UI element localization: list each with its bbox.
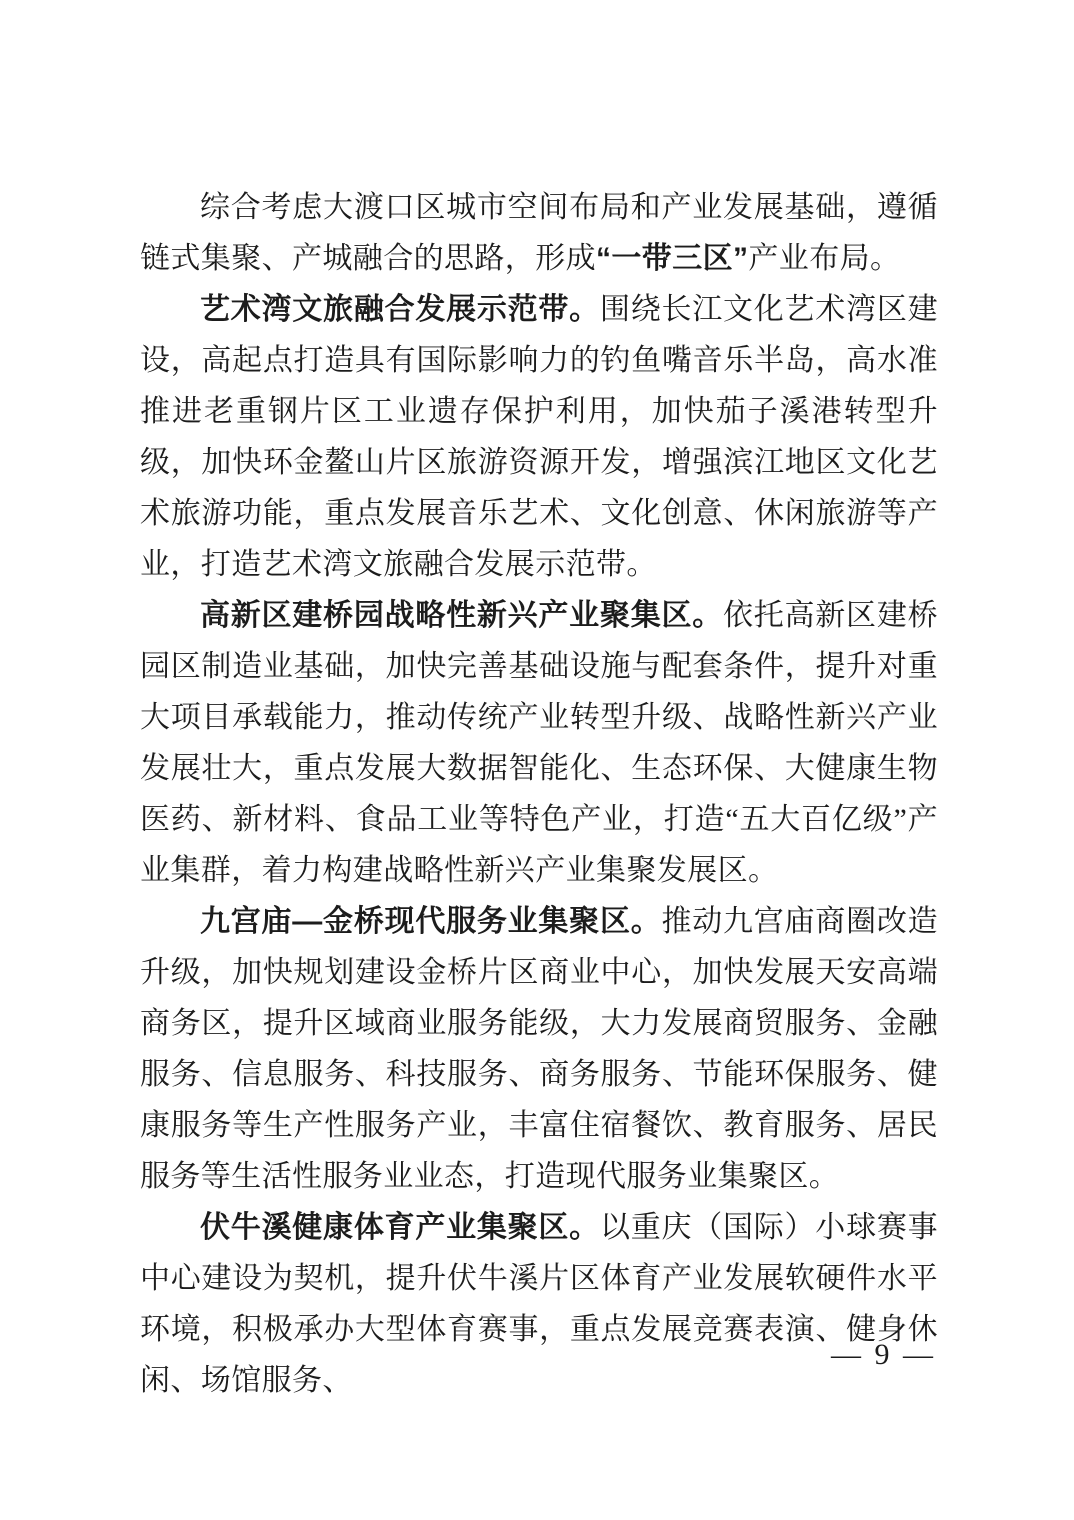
paragraph-text: 围绕长江文化艺术湾区建设，高起点打造具有国际影响力的钓鱼嘴音乐半岛，高水准推进老… — [140, 293, 938, 581]
emphasis-one-belt-three-zones: “一带三区” — [596, 242, 748, 275]
paragraph-industry-layout-overview: 综合考虑大渡口区城市空间布局和产业发展基础，遵循链式集聚、产城融合的思路，形成“… — [140, 182, 938, 284]
run-in-heading: 九宫庙—金桥现代服务业集聚区。 — [200, 905, 661, 938]
paragraph-hightech-jianqiao-zone: 高新区建桥园战略性新兴产业聚集区。依托高新区建桥园区制造业基础，加快完善基础设施… — [140, 590, 938, 896]
paragraph-text: 推动九宫庙商圈改造升级，加快规划建设金桥片区商业中心，加快发展天安高端商务区，提… — [140, 905, 938, 1193]
run-in-heading: 伏牛溪健康体育产业集聚区。 — [200, 1211, 600, 1244]
text-block: 综合考虑大渡口区城市空间布局和产业发展基础，遵循链式集聚、产城融合的思路，形成“… — [140, 182, 938, 1406]
paragraph-text: 依托高新区建桥园区制造业基础，加快完善基础设施与配套条件，提升对重大项目承载能力… — [140, 599, 938, 887]
page-number: — 9 — — [831, 1338, 936, 1372]
paragraph-art-bay-demonstration-belt: 艺术湾文旅融合发展示范带。围绕长江文化艺术湾区建设，高起点打造具有国际影响力的钓… — [140, 284, 938, 590]
paragraph-funiuxi-sports-zone: 伏牛溪健康体育产业集聚区。以重庆（国际）小球赛事中心建设为契机，提升伏牛溪片区体… — [140, 1202, 938, 1406]
paragraph-jiugongmiao-jinqiao-zone: 九宫庙—金桥现代服务业集聚区。推动九宫庙商圈改造升级，加快规划建设金桥片区商业中… — [140, 896, 938, 1202]
paragraph-text: 产业布局。 — [748, 242, 900, 275]
run-in-heading: 高新区建桥园战略性新兴产业聚集区。 — [200, 599, 723, 632]
document-page: { "page": { "background": "#ffffff", "te… — [0, 0, 1074, 1520]
page-number-label: — 9 — — [831, 1338, 936, 1371]
run-in-heading: 艺术湾文旅融合发展示范带。 — [200, 293, 600, 326]
